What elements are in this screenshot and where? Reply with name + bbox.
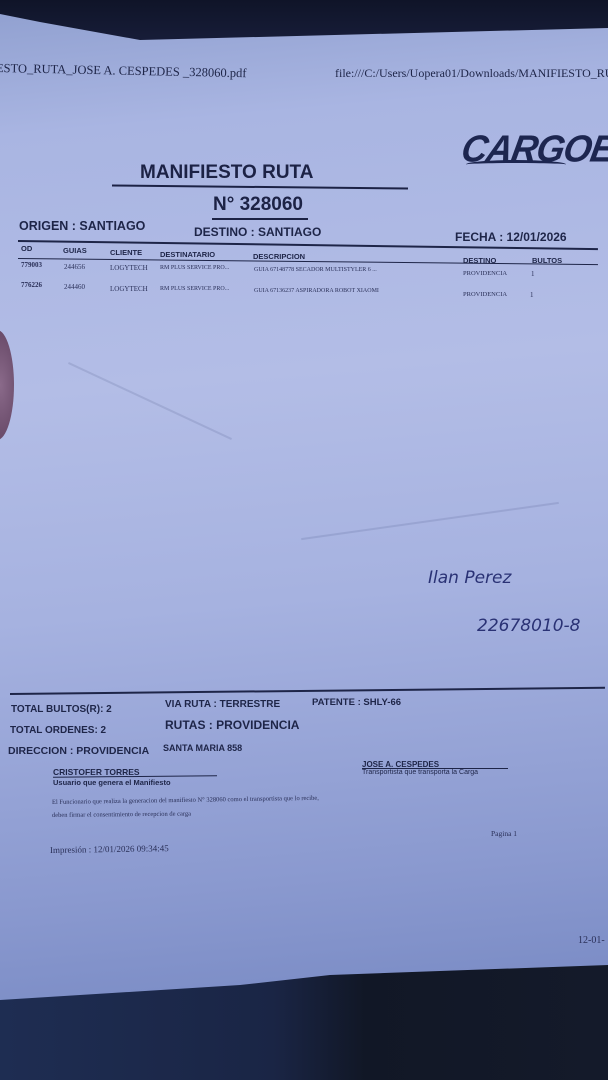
cell-bultos: 1	[531, 270, 535, 278]
col-header-cliente: CLIENTE	[110, 248, 142, 257]
handwritten-name: Ilan Perez	[428, 568, 511, 588]
cell-destinatario: RM PLUS SERVICE PRO...	[160, 286, 229, 292]
cell-od: 779003	[21, 261, 42, 269]
handwritten-rut: 22678010-8	[477, 616, 580, 636]
notice-line-2: deben firmar el consentimiento de recepc…	[52, 811, 191, 819]
paper-crease	[301, 502, 559, 540]
signature-right-role: Transportista que transporta la Carga	[362, 769, 478, 776]
col-header-od: OD	[21, 244, 32, 253]
cell-descripcion: GUIA 67136237 ASPIRADORA ROBOT XIAOMI	[254, 288, 379, 294]
cell-guias: 244460	[64, 283, 85, 291]
table-header-rule	[18, 258, 598, 265]
total-bultos: TOTAL BULTOS(R): 2	[11, 704, 112, 715]
footer-date: 12-01-	[578, 935, 605, 946]
origen-label: ORIGEN : SANTIAGO	[19, 219, 145, 233]
document-title: MANIFIESTO RUTA	[140, 162, 313, 184]
patente: PATENTE : SHLY-66	[312, 697, 401, 708]
manifest-number: N° 328060	[213, 194, 303, 216]
cell-destino: PROVIDENCIA	[463, 270, 507, 277]
fecha-label: FECHA : 12/01/2026	[455, 230, 567, 244]
direccion: DIRECCION : PROVIDENCIA	[8, 745, 149, 757]
pdf-file-url: file:///C:/Users/Uopera01/Downloads/MANI…	[335, 66, 608, 81]
cell-descripcion: GUIA 67148778 SECADOR MULTISTYLER 6 ...	[254, 267, 377, 273]
cell-guias: 244656	[64, 263, 85, 271]
cell-bultos: 1	[530, 291, 534, 299]
paper-crease	[68, 362, 232, 440]
print-timestamp: Impresión : 12/01/2026 09:34:45	[50, 843, 169, 855]
total-ordenes: TOTAL ORDENES: 2	[10, 725, 106, 736]
col-header-destinatario: DESTINATARIO	[160, 250, 215, 259]
col-header-guias: GUIAS	[63, 246, 87, 255]
signature-left-role: Usuario que genera el Manifiesto	[53, 778, 171, 787]
summary-rule	[10, 687, 605, 695]
direccion-detalle: SANTA MARIA 858	[163, 743, 242, 753]
logo-swoosh	[466, 160, 566, 169]
cell-destino: PROVIDENCIA	[463, 291, 507, 298]
number-underline	[212, 218, 308, 220]
page-number: Pagina 1	[491, 829, 517, 838]
title-underline	[112, 184, 408, 189]
rutas: RUTAS : PROVIDENCIA	[165, 718, 299, 732]
cell-cliente: LOGYTECH	[110, 285, 148, 293]
via-ruta: VIA RUTA : TERRESTRE	[165, 699, 280, 710]
cell-od: 776226	[21, 281, 42, 289]
destino-label: DESTINO : SANTIAGO	[194, 225, 321, 239]
paper-sheet: ESTO_RUTA_JOSE A. CESPEDES _328060.pdf f…	[0, 0, 608, 1080]
notice-line-1: El Funcionario que realiza la generacion…	[52, 795, 319, 806]
cell-destinatario: RM PLUS SERVICE PRO...	[160, 265, 229, 271]
cell-cliente: LOGYTECH	[110, 264, 148, 272]
pdf-file-title: ESTO_RUTA_JOSE A. CESPEDES _328060.pdf	[0, 61, 247, 81]
